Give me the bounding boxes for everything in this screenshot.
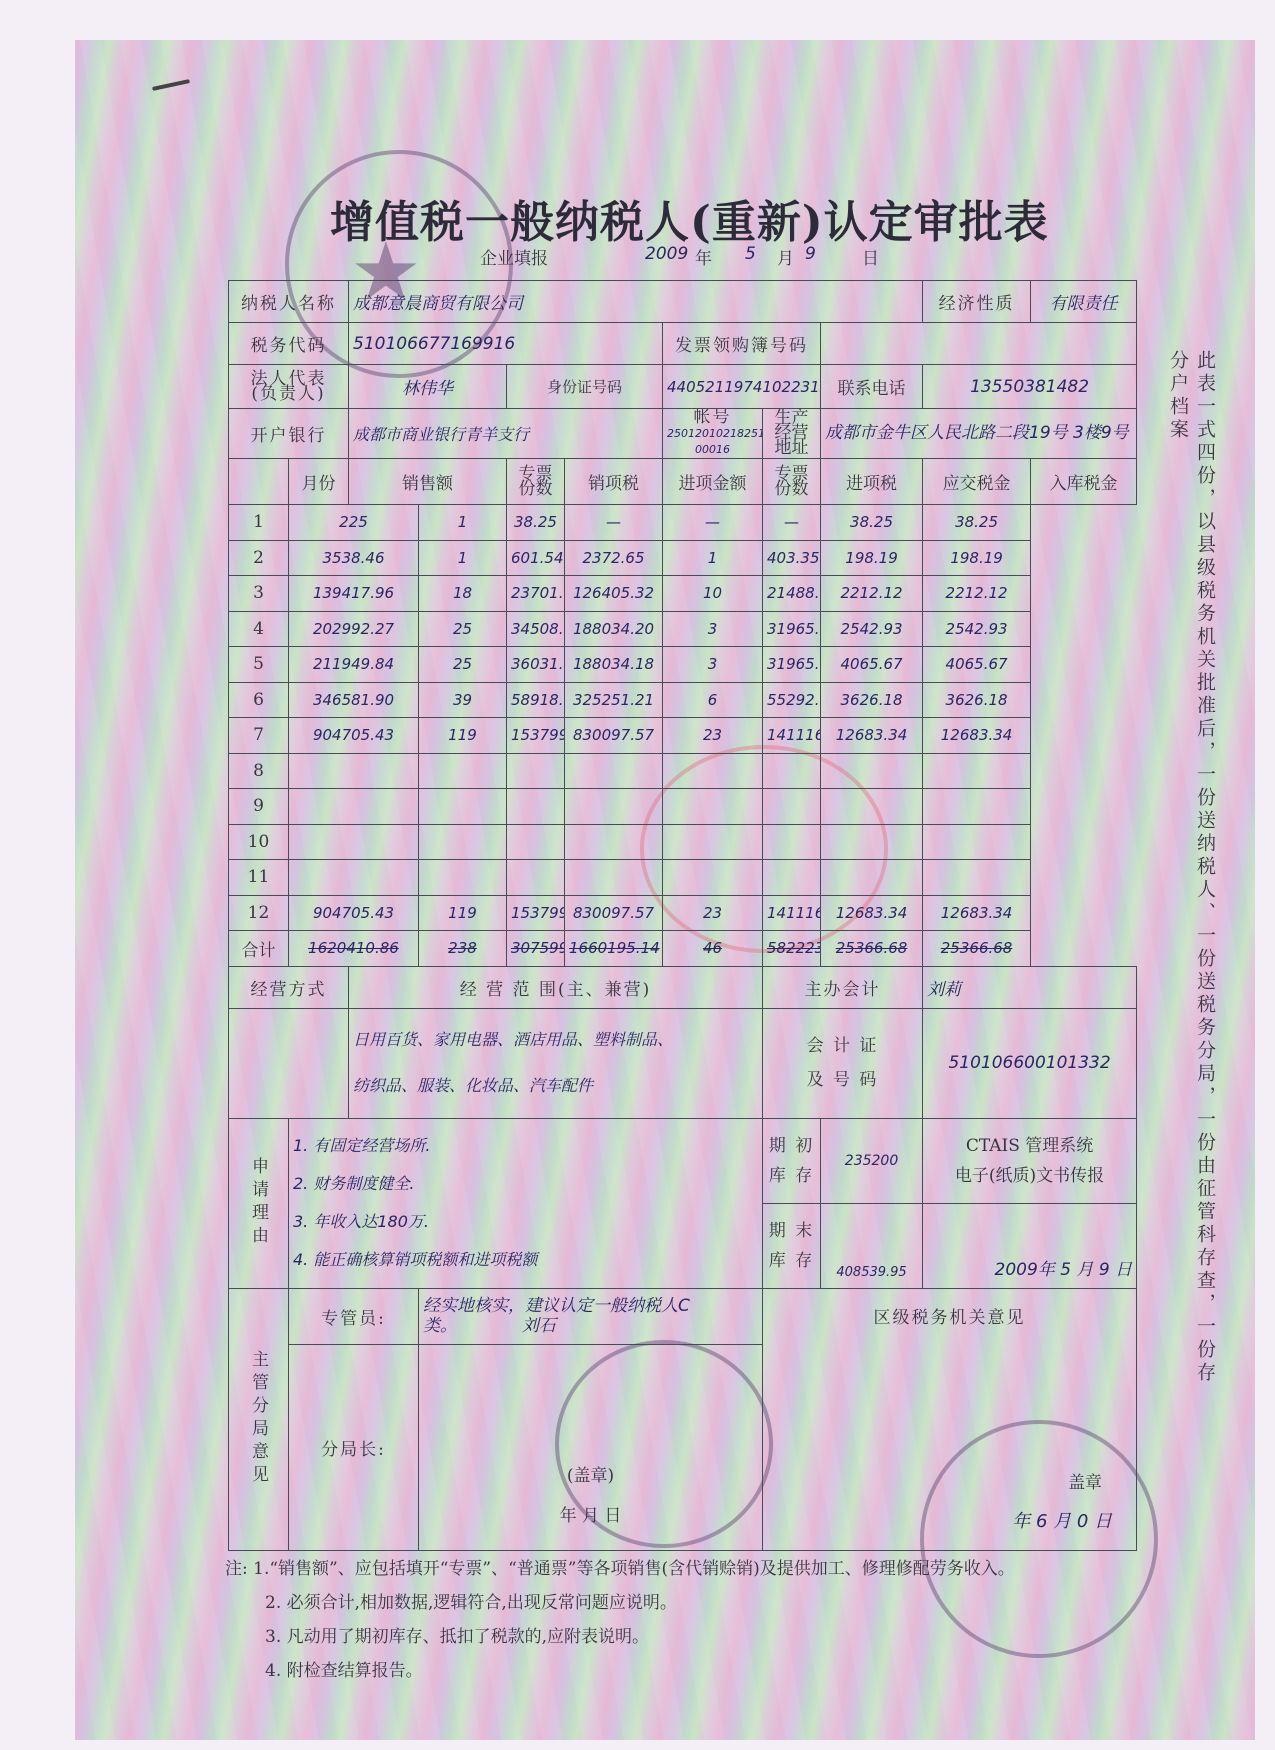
year-side-label: 年度 [229, 459, 289, 505]
fill-month: 5 [745, 244, 756, 264]
bank-field[interactable]: 成都市商业银行青羊支行 [349, 409, 663, 459]
director-opinion-field[interactable]: (盖章) 年 月 日 [419, 1344, 763, 1550]
opening-label-1: 期 初 [767, 1131, 816, 1161]
input-amount-cell[interactable]: — [565, 505, 663, 541]
col-input-tax: 进项税 [821, 459, 923, 505]
day-unit: 日 [862, 244, 879, 269]
cert-label-2: 及 号 码 [767, 1063, 918, 1097]
footnotes: 注: 1.“销售额”、应包括填开“专票”、“普通票”等各项销售(含代销赊销)及提… [225, 1552, 1015, 1688]
output-tax-cell[interactable]: 153799.94 [507, 895, 565, 931]
sales-cell[interactable] [289, 824, 419, 860]
tax-paid-cell[interactable]: 12683.34 [923, 895, 1031, 931]
director-seal-label: (盖章) [423, 1456, 758, 1496]
monthly-row: 5211949.842536031.48188034.18331965.8140… [229, 647, 1137, 683]
monthly-row: 3139417.961823701.04126405.321021488.922… [229, 576, 1137, 612]
approval-form-table: 纳税人名称 成都意晨商贸有限公司 经济性质 有限责任 税务代码 51010667… [228, 280, 1137, 1551]
note-1: 注: 1.“销售额”、应包括填开“专票”、“普通票”等各项销售(含代销赊销)及提… [225, 1552, 1015, 1586]
legal-rep-label: 法人代表(负责人) [229, 365, 349, 409]
input-amount-cell[interactable] [565, 789, 663, 825]
monthly-row: 4202992.272534508.73188034.20331965.8025… [229, 611, 1137, 647]
phone-field[interactable]: 13550381482 [923, 365, 1137, 409]
tax-code-label: 税务代码 [229, 323, 349, 365]
reason-1: 1. 有固定经营场所. [293, 1127, 758, 1165]
tax-paid-cell[interactable]: 38.25 [923, 505, 1031, 541]
output-tax-cell[interactable]: 38.25 [507, 505, 565, 541]
closing-label-2: 库 存 [767, 1246, 816, 1276]
invoices-in-cell[interactable]: — [663, 505, 763, 541]
officer-signature: 刘石 [522, 1316, 556, 1336]
tax-paid-cell[interactable]: 3626.18 [923, 682, 1031, 718]
tax-due-cell[interactable]: 4065.67 [821, 647, 923, 683]
invoices-out-cell[interactable]: 119 [419, 718, 507, 754]
sales-cell[interactable] [289, 753, 419, 789]
director-date: 年 月 日 [423, 1496, 758, 1536]
invoices-in-cell[interactable]: 3 [663, 611, 763, 647]
monthly-row: 23538.461601.542372.651403.35198.19198.1… [229, 540, 1137, 576]
col-tax-due: 应交税金 [923, 459, 1031, 505]
branch-opinion-label: 主管分局意见 [229, 1288, 289, 1550]
tax-due-cell[interactable]: 198.19 [821, 540, 923, 576]
opening-label-2: 库 存 [767, 1161, 816, 1191]
sales-cell[interactable]: 139417.96 [289, 576, 419, 612]
input-amount-cell[interactable]: 1660195.14 [565, 931, 663, 967]
tax-code-field[interactable]: 510106677169916 [349, 323, 663, 365]
input-amount-cell[interactable]: 830097.57 [565, 718, 663, 754]
invoices-in-cell[interactable] [663, 824, 763, 860]
bank-label: 开户银行 [229, 409, 349, 459]
col-sales: 销售额 [349, 459, 507, 505]
input-tax-cell[interactable]: 582223.20 [763, 931, 821, 967]
closing-stock-field[interactable]: 408539.95 [821, 1203, 923, 1288]
cert-number-field[interactable]: 510106600101332 [923, 1008, 1137, 1118]
month-cell: 合计 [229, 931, 289, 967]
invoices-in-cell[interactable]: 23 [663, 718, 763, 754]
phone-label: 联系电话 [821, 365, 923, 409]
invoices-in-cell[interactable]: 46 [663, 931, 763, 967]
month-cell: 11 [229, 860, 289, 896]
account-cell: 帐号 250120102182517 00016 [663, 409, 763, 459]
output-tax-cell[interactable]: 36031.48 [507, 647, 565, 683]
output-tax-cell[interactable]: 153799.94 [507, 718, 565, 754]
input-amount-cell[interactable]: 188034.18 [565, 647, 663, 683]
taxpayer-name-field[interactable]: 成都意晨商贸有限公司 [349, 281, 923, 323]
cert-label-1: 会 计 证 [767, 1029, 918, 1063]
col-input-amount: 进项金额 [663, 459, 763, 505]
business-mode-label: 经营方式 [229, 966, 349, 1008]
tax-due-cell[interactable]: 2212.12 [821, 576, 923, 612]
tax-due-cell[interactable]: 3626.18 [821, 682, 923, 718]
officer-text-2: 类。 [423, 1316, 457, 1336]
month-cell: 12 [229, 895, 289, 931]
note-2: 2. 必须合计,相加数据,逻辑符合,出现反常问题应说明。 [225, 1586, 1015, 1620]
invoices-out-cell[interactable]: 1 [419, 505, 507, 541]
application-reasons[interactable]: 1. 有固定经营场所. 2. 财务制度健全. 3. 年收入达180万. 4. 能… [289, 1118, 763, 1288]
district-seal-label: 盖章 [767, 1468, 1132, 1493]
legal-rep-field[interactable]: 林伟华 [349, 365, 507, 409]
output-tax-cell[interactable] [507, 753, 565, 789]
id-number-field[interactable]: 440521197410223139 [663, 365, 821, 409]
output-tax-cell[interactable]: 23701.04 [507, 576, 565, 612]
col-invoices-in: 专票份数 [763, 459, 821, 505]
input-amount-cell[interactable]: 126405.32 [565, 576, 663, 612]
input-tax-cell[interactable]: 31965.80 [763, 611, 821, 647]
ctais-line-1: CTAIS 管理系统 [927, 1131, 1132, 1161]
legal-rep-sub-text: (负责人) [251, 384, 325, 404]
tax-paid-cell[interactable] [923, 860, 1031, 896]
ctais-line-2: 电子(纸质)文书传报 [927, 1161, 1132, 1191]
input-tax-cell[interactable]: 55292.72 [763, 682, 821, 718]
invoices-out-cell[interactable]: 119 [419, 895, 507, 931]
invoices-in-cell[interactable] [663, 753, 763, 789]
tax-due-cell[interactable]: 38.25 [821, 505, 923, 541]
output-tax-cell[interactable] [507, 860, 565, 896]
input-tax-cell[interactable] [763, 789, 821, 825]
business-scope-label: 经 营 范 围(主、兼营) [349, 966, 763, 1008]
col-month: 月份 [289, 459, 349, 505]
tax-due-cell[interactable] [821, 824, 923, 860]
month-cell: 8 [229, 753, 289, 789]
month-cell: 3 [229, 576, 289, 612]
input-tax-cell[interactable]: 21488.92 [763, 576, 821, 612]
officer-opinion-field[interactable]: 经实地核实，建议认定一般纳税人C 类。 刘石 [419, 1288, 763, 1344]
fill-day: 9 [805, 244, 816, 264]
month-cell: 10 [229, 824, 289, 860]
business-mode-field[interactable] [229, 1008, 349, 1118]
scope-line-1: 日用百货、家用电器、酒店用品、塑料制品、 [353, 1017, 758, 1063]
sales-cell[interactable]: 211949.84 [289, 647, 419, 683]
tax-due-cell[interactable] [821, 860, 923, 896]
note-4: 4. 附检查结算报告。 [225, 1654, 1015, 1688]
taxpayer-name-label: 纳税人名称 [229, 281, 349, 323]
invoices-out-cell[interactable] [419, 860, 507, 896]
account-label: 帐号 [694, 409, 732, 428]
tax-paid-cell[interactable] [923, 753, 1031, 789]
invoices-out-cell[interactable] [419, 789, 507, 825]
opening-stock-label: 期 初 库 存 [763, 1118, 821, 1203]
input-amount-cell[interactable]: 830097.57 [565, 895, 663, 931]
input-tax-cell[interactable]: 141116.60 [763, 895, 821, 931]
fill-label: 企业填报 [480, 244, 548, 269]
invoices-out-cell[interactable]: 39 [419, 682, 507, 718]
sales-cell[interactable]: 3538.46 [289, 540, 419, 576]
invoices-out-cell[interactable]: 1 [419, 540, 507, 576]
input-amount-cell[interactable]: 188034.20 [565, 611, 663, 647]
director-label: 分局长: [289, 1344, 419, 1550]
month-unit: 月 [777, 244, 794, 269]
accountant-label: 主办会计 [763, 966, 923, 1008]
econ-nature-label: 经济性质 [923, 281, 1031, 323]
ctais-box: CTAIS 管理系统 电子(纸质)文书传报 [923, 1118, 1137, 1203]
input-tax-cell[interactable]: 141116.60 [763, 718, 821, 754]
tax-paid-cell[interactable]: 2212.12 [923, 576, 1031, 612]
output-tax-cell[interactable]: 601.54 [507, 540, 565, 576]
invoices-in-cell[interactable]: 3 [663, 647, 763, 683]
closing-stock-label: 期 末 库 存 [763, 1203, 821, 1288]
officer-text-1: 经实地核实，建议认定一般纳税人C [423, 1296, 758, 1316]
tax-paid-cell[interactable] [923, 789, 1031, 825]
input-tax-cell[interactable]: 31965.81 [763, 647, 821, 683]
invoice-book-label: 发票领购簿号码 [663, 323, 821, 365]
sales-cell[interactable]: 225 [289, 505, 419, 541]
input-amount-cell[interactable]: 2372.65 [565, 540, 663, 576]
account-field[interactable]: 250120102182517 00016 [667, 427, 763, 456]
accountant-field[interactable]: 刘莉 [923, 966, 1137, 1008]
sales-cell[interactable]: 202992.27 [289, 611, 419, 647]
district-date: 年 6 月 0 日 [767, 1507, 1132, 1533]
tax-paid-cell[interactable] [923, 824, 1031, 860]
col-output-tax: 销项税 [565, 459, 663, 505]
reason-3: 3. 年收入达180万. [293, 1203, 758, 1241]
econ-nature-field[interactable]: 有限责任 [1031, 281, 1137, 323]
reason-4: 4. 能正确核算销项税额和进项税额 [293, 1241, 758, 1279]
monthly-body: 1225138.25———38.2538.2523538.461601.5423… [229, 505, 1137, 967]
output-tax-cell[interactable] [507, 824, 565, 860]
input-amount-cell[interactable] [565, 753, 663, 789]
output-tax-cell[interactable] [507, 789, 565, 825]
copies-side-note: 此表一式四份，以县级税务机关批准后，一份送纳税人、一份送税务分局，一份由征管科存… [1165, 350, 1219, 1400]
col-invoices-out: 专票份数 [507, 459, 565, 505]
closing-label-1: 期 末 [767, 1216, 816, 1246]
month-cell: 4 [229, 611, 289, 647]
district-opinion-box[interactable]: 区级税务机关意见 盖章 年 6 月 0 日 [763, 1288, 1137, 1550]
sales-cell[interactable]: 904705.43 [289, 895, 419, 931]
tax-due-cell[interactable]: 12683.34 [821, 718, 923, 754]
reason-2: 2. 财务制度健全. [293, 1165, 758, 1203]
sales-cell[interactable] [289, 789, 419, 825]
month-cell: 6 [229, 682, 289, 718]
note-3: 3. 凡动用了期初库存、抵扣了税款的,应附表说明。 [225, 1620, 1015, 1654]
invoices-out-cell[interactable] [419, 824, 507, 860]
monthly-row: 8 [229, 753, 1137, 789]
month-cell: 1 [229, 505, 289, 541]
month-cell: 7 [229, 718, 289, 754]
col-tax-paid: 入库税金 [1031, 459, 1137, 505]
invoices-in-cell[interactable]: 23 [663, 895, 763, 931]
input-tax-cell[interactable] [763, 753, 821, 789]
monthly-row: 7904705.43119153799.94830097.5723141116.… [229, 718, 1137, 754]
monthly-header-row: 年度 月份 销售额 专票份数 销项税 进项金额 专票份数 进项税 应交税金 入库… [229, 459, 1137, 505]
invoices-in-cell[interactable] [663, 789, 763, 825]
invoices-out-cell[interactable]: 25 [419, 611, 507, 647]
tax-paid-cell[interactable]: 25366.68 [923, 931, 1031, 967]
invoices-out-cell[interactable] [419, 753, 507, 789]
tax-due-cell[interactable] [821, 753, 923, 789]
tax-due-cell[interactable] [821, 789, 923, 825]
invoices-in-cell[interactable]: 1 [663, 540, 763, 576]
tax-paid-cell[interactable]: 198.19 [923, 540, 1031, 576]
monthly-row: 1225138.25———38.2538.25 [229, 505, 1137, 541]
address-label: 生产经营地址 [763, 409, 821, 459]
invoices-out-cell[interactable]: 25 [419, 647, 507, 683]
monthly-row: 6346581.903958918.90325251.21655292.7236… [229, 682, 1137, 718]
invoices-out-cell[interactable]: 238 [419, 931, 507, 967]
tax-due-cell[interactable]: 12683.34 [821, 895, 923, 931]
tax-due-cell[interactable]: 25366.68 [821, 931, 923, 967]
cert-label: 会 计 证 及 号 码 [763, 1008, 923, 1118]
opening-stock-field[interactable]: 235200 [821, 1118, 923, 1203]
application-label: 申请理由 [229, 1118, 289, 1288]
sales-cell[interactable]: 904705.43 [289, 718, 419, 754]
invoices-in-cell[interactable]: 10 [663, 576, 763, 612]
sales-cell[interactable]: 1620410.86 [289, 931, 419, 967]
input-tax-cell[interactable]: — [763, 505, 821, 541]
invoice-book-field[interactable] [821, 323, 1137, 365]
scope-line-2: 纺织品、服装、化妆品、汽车配件 [353, 1063, 758, 1109]
form-title: 增值税一般纳税人(重新)认定审批表 [330, 186, 1070, 250]
address-field[interactable]: 成都市金牛区人民北路二段19号 3楼9号 [821, 409, 1137, 459]
month-cell: 5 [229, 647, 289, 683]
invoices-in-cell[interactable]: 6 [663, 682, 763, 718]
output-tax-cell[interactable]: 58918.90 [507, 682, 565, 718]
input-amount-cell[interactable] [565, 824, 663, 860]
monthly-row: 10 [229, 824, 1137, 860]
district-opinion-label: 区级税务机关意见 [767, 1303, 1132, 1328]
sales-cell[interactable]: 346581.90 [289, 682, 419, 718]
tax-due-cell[interactable]: 2542.93 [821, 611, 923, 647]
sales-cell[interactable] [289, 860, 419, 896]
id-label: 身份证号码 [507, 365, 663, 409]
tax-paid-cell[interactable]: 12683.34 [923, 718, 1031, 754]
month-cell: 2 [229, 540, 289, 576]
input-tax-cell[interactable]: 403.35 [763, 540, 821, 576]
output-tax-cell[interactable]: 34508.73 [507, 611, 565, 647]
ctais-date[interactable]: 2009年 5 月 9 日 [923, 1203, 1137, 1288]
monthly-row: 合计1620410.86238307599.881660195.14465822… [229, 931, 1137, 967]
month-cell: 9 [229, 789, 289, 825]
input-tax-cell[interactable] [763, 860, 821, 896]
year-unit: 年 [695, 244, 712, 269]
business-scope-field[interactable]: 日用百货、家用电器、酒店用品、塑料制品、 纺织品、服装、化妆品、汽车配件 [349, 1008, 763, 1118]
monthly-row: 11 [229, 860, 1137, 896]
input-amount-cell[interactable]: 325251.21 [565, 682, 663, 718]
output-tax-cell[interactable]: 307599.88 [507, 931, 565, 967]
input-tax-cell[interactable] [763, 824, 821, 860]
tax-paid-cell[interactable]: 2542.93 [923, 611, 1031, 647]
monthly-row: 9 [229, 789, 1137, 825]
tax-paid-cell[interactable]: 4065.67 [923, 647, 1031, 683]
fill-year: 2009 [645, 244, 688, 264]
input-amount-cell[interactable] [565, 860, 663, 896]
invoices-out-cell[interactable]: 18 [419, 576, 507, 612]
monthly-row: 12904705.43119153799.94830097.5723141116… [229, 895, 1137, 931]
invoices-in-cell[interactable] [663, 860, 763, 896]
officer-label: 专管员: [289, 1288, 419, 1344]
